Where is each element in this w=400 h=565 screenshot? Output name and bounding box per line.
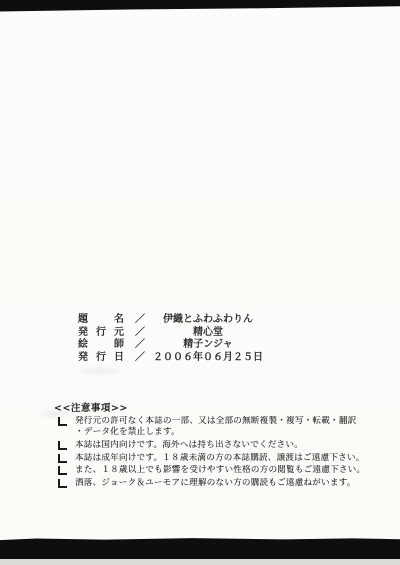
checkbox-icon	[58, 454, 67, 463]
checkbox-icon	[58, 479, 67, 488]
notice-item-text: 本誌は国内向けです。海外へは持ち出さないでください。	[75, 440, 303, 451]
notice-item: 本誌は成年向けです。１８歳未満の方の本誌購読、譲渡はご遠慮下さい。	[58, 453, 376, 464]
checkbox-icon	[58, 441, 67, 450]
notice-item-text: また、１８歳以上でも影響を受けやすい性格の方の閲覧もご遠慮下さい。	[75, 465, 365, 476]
colophon-label: 発行元	[78, 327, 124, 340]
notice-list: 発行元の許可なく本誌の一部、又は全部の無断複製・複写・転載・翻訳 ・データ化を禁…	[58, 416, 376, 491]
notice-item: 発行元の許可なく本誌の一部、又は全部の無断複製・複写・転載・翻訳 ・データ化を禁…	[58, 416, 376, 438]
colophon-label: 題名	[78, 314, 124, 327]
colophon-value-artist: 精子ンジャ	[147, 339, 269, 352]
notice-item: 洒落、ジョーク＆ユーモアに理解のない方の購読もご遠慮ねがいます。	[58, 478, 376, 489]
notice-item: また、１８歳以上でも影響を受けやすい性格の方の閲覧もご遠慮下さい。	[58, 465, 376, 476]
colophon-value-publisher: 精心堂	[147, 327, 269, 340]
colophon-separator: ／	[135, 339, 145, 352]
colophon-row-publisher: 発行元 ／ 精心堂	[78, 327, 269, 340]
scanned-colophon-page: 題名 ／ 伊織とふわふわりん 発行元 ／ 精心堂 絵師 ／ 精子ンジャ 発行日 …	[0, 0, 400, 565]
colophon-row-artist: 絵師 ／ 精子ンジャ	[78, 339, 269, 352]
colophon-label: 発行日	[78, 352, 124, 365]
checkbox-icon	[58, 466, 67, 475]
colophon-separator: ／	[135, 327, 145, 340]
scan-artifact-bottom-strip	[0, 559, 400, 565]
colophon-separator: ／	[135, 352, 145, 365]
notice-heading: <<注意事項>>	[54, 400, 128, 414]
colophon-row-date: 発行日 ／ ２００６年０６月２５日	[78, 352, 269, 365]
colophon-row-title: 題名 ／ 伊織とふわふわりん	[78, 314, 269, 327]
notice-item-text: 本誌は成年向けです。１８歳未満の方の本誌購読、譲渡はご遠慮下さい。	[75, 453, 365, 464]
notice-item: 本誌は国内向けです。海外へは持ち出さないでください。	[58, 440, 376, 451]
colophon-label: 絵師	[78, 339, 124, 352]
notice-item-text: 発行元の許可なく本誌の一部、又は全部の無断複製・複写・転載・翻訳 ・データ化を禁…	[75, 416, 356, 438]
scan-artifact-bottom-bar	[0, 537, 400, 559]
colophon-value-title: 伊織とふわふわりん	[147, 314, 269, 327]
colophon-value-date: ２００６年０６月２５日	[147, 352, 269, 365]
scan-artifact-top-bar	[0, 0, 400, 12]
colophon-separator: ／	[135, 314, 145, 327]
colophon-block: 題名 ／ 伊織とふわふわりん 発行元 ／ 精心堂 絵師 ／ 精子ンジャ 発行日 …	[78, 314, 269, 365]
checkbox-icon	[58, 417, 67, 426]
notice-item-text: 洒落、ジョーク＆ユーモアに理解のない方の購読もご遠慮ねがいます。	[75, 478, 356, 489]
